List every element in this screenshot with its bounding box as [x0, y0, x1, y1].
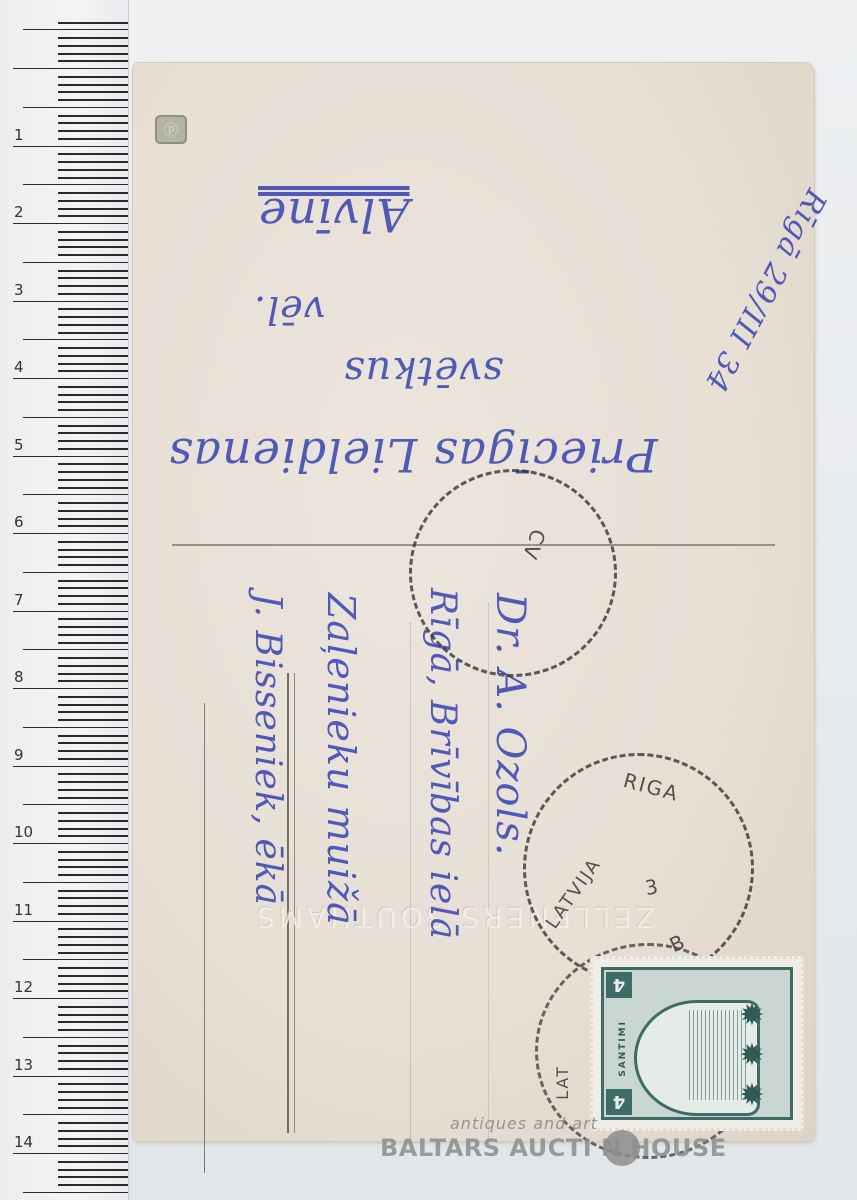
- ruler-tick: [23, 727, 128, 728]
- ruler-tick: [13, 688, 128, 689]
- ruler-label: 11: [14, 901, 33, 919]
- ruler-tick: [58, 1068, 128, 1070]
- ruler-tick: [58, 913, 128, 915]
- ruler-tick: [13, 68, 128, 69]
- ruler-tick: [58, 719, 128, 721]
- ruler-tick: [23, 572, 128, 573]
- ruler-tick: [58, 642, 128, 644]
- ruler-tick: [58, 479, 128, 481]
- ruler-tick: [13, 1153, 128, 1154]
- ruler-tick: [58, 161, 128, 163]
- ruler-tick: [13, 766, 128, 767]
- ruler-tick: [58, 657, 128, 659]
- ruler-tick: [58, 1161, 128, 1163]
- ruler-tick: [58, 1060, 128, 1062]
- ruler-tick: [58, 355, 128, 357]
- watermark-tagline: antiques and art: [450, 1114, 598, 1133]
- ruler-label: 4: [14, 358, 24, 376]
- ruler-tick: [58, 254, 128, 256]
- ruler-label: 3: [14, 281, 24, 299]
- stamp-value-top: 4: [606, 972, 632, 998]
- ruler-tick: [58, 789, 128, 791]
- ruler-tick: [58, 386, 128, 388]
- ruler-tick: [58, 525, 128, 527]
- ruler-tick: [58, 851, 128, 853]
- ruler-tick: [58, 634, 128, 636]
- ruler-tick: [58, 828, 128, 830]
- ruler-tick: [58, 99, 128, 101]
- ruler-tick: [23, 417, 128, 418]
- handwritten-signature: Alvīne: [258, 188, 409, 242]
- ruler-tick: [58, 874, 128, 876]
- ruler-tick: [58, 859, 128, 861]
- ruler-tick: [58, 394, 128, 396]
- ruler-tick: [23, 107, 128, 108]
- publisher-logo-icon: ⓟ: [155, 115, 187, 144]
- watermark-brand: BALTARS AUCTI N HOUSE: [380, 1134, 727, 1162]
- ruler-label: 10: [14, 823, 33, 841]
- ruler-tick: [58, 556, 128, 558]
- ruler-tick: [58, 401, 128, 403]
- ruler-label: 6: [14, 513, 24, 531]
- ruler-tick: [58, 192, 128, 194]
- ruler-tick: [23, 184, 128, 185]
- ruler-tick: [58, 138, 128, 140]
- ruler-tick: [58, 936, 128, 938]
- ruler-tick: [58, 812, 128, 814]
- ruler-label: 9: [14, 746, 24, 764]
- ruler-tick: [58, 711, 128, 713]
- ruler-tick: [58, 742, 128, 744]
- ruler-tick: [13, 146, 128, 147]
- ruler-tick: [58, 983, 128, 985]
- ruler-tick: [58, 270, 128, 272]
- ruler-tick: [23, 29, 128, 30]
- ruler-tick: [58, 45, 128, 47]
- ruler-tick: [58, 905, 128, 907]
- ruler-tick: [58, 363, 128, 365]
- ruler-tick: [58, 293, 128, 295]
- ruler-tick: [58, 122, 128, 124]
- ruler-tick: [23, 804, 128, 805]
- ruler-tick: [58, 518, 128, 520]
- address-guide-line: [204, 703, 205, 1173]
- ruler-tick: [58, 246, 128, 248]
- ruler-tick: [58, 177, 128, 179]
- ruler-tick: [58, 76, 128, 78]
- ruler-tick: [58, 1130, 128, 1132]
- ruler-tick: [58, 1052, 128, 1054]
- ruler-tick: [23, 882, 128, 883]
- ruler-tick: [58, 215, 128, 217]
- ruler-tick: [58, 587, 128, 589]
- handwritten-date: Rīgā 29/III 34: [697, 183, 833, 398]
- ruler-tick: [58, 277, 128, 279]
- ruler-tick: [58, 890, 128, 892]
- ruler-tick: [13, 921, 128, 922]
- ruler-tick: [58, 91, 128, 93]
- ruler-tick: [58, 502, 128, 504]
- handwritten-greeting-line: vēl.: [253, 288, 325, 332]
- ruler-label: 2: [14, 203, 24, 221]
- ruler-tick: [58, 967, 128, 969]
- measuring-ruler: 1234567891011121314: [0, 0, 129, 1200]
- ruler-tick: [58, 1045, 128, 1047]
- ruler-tick: [58, 564, 128, 566]
- ruler-tick: [58, 680, 128, 682]
- address-guide-line: [410, 623, 411, 1143]
- ruler-tick: [58, 463, 128, 465]
- ruler-label: 5: [14, 436, 24, 454]
- ruler-tick: [58, 897, 128, 899]
- ruler-tick: [58, 696, 128, 698]
- postmark-upper: [409, 469, 617, 677]
- ruler-tick: [13, 611, 128, 612]
- ruler-tick: [58, 471, 128, 473]
- ruler-tick: [58, 332, 128, 334]
- ruler-tick: [23, 649, 128, 650]
- ruler-tick: [58, 1145, 128, 1147]
- ruler-tick: [58, 130, 128, 132]
- ruler-tick: [58, 324, 128, 326]
- ruler-tick: [58, 169, 128, 171]
- ruler-tick: [58, 153, 128, 155]
- ruler-tick: [58, 944, 128, 946]
- ruler-tick: [58, 549, 128, 551]
- ruler-tick: [58, 1029, 128, 1031]
- ruler-tick: [58, 409, 128, 411]
- ruler-label: 12: [14, 978, 33, 996]
- handwritten-address-line: J. Bisseniek, ēkā: [247, 593, 288, 906]
- ruler-tick: [23, 262, 128, 263]
- ruler-tick: [58, 231, 128, 233]
- ruler-tick: [58, 773, 128, 775]
- ruler-tick: [58, 1176, 128, 1178]
- coin-logo-icon: [604, 1130, 640, 1166]
- ruler-tick: [13, 998, 128, 999]
- ruler-tick: [58, 975, 128, 977]
- ruler-tick: [58, 1184, 128, 1186]
- ruler-tick: [58, 60, 128, 62]
- ruler-tick: [58, 618, 128, 620]
- ruler-tick: [13, 1076, 128, 1077]
- ruler-tick: [58, 208, 128, 210]
- ruler-tick: [23, 1037, 128, 1038]
- ruler-tick: [58, 510, 128, 512]
- ruler-tick: [58, 866, 128, 868]
- ruler-tick: [58, 316, 128, 318]
- ruler-tick: [58, 541, 128, 543]
- ruler-tick: [58, 1169, 128, 1171]
- ruler-tick: [58, 308, 128, 310]
- postmark-lower-text: LAT: [553, 1065, 572, 1100]
- ruler-label: 8: [14, 668, 24, 686]
- ruler-tick: [13, 843, 128, 844]
- ruler-tick: [58, 239, 128, 241]
- stamp-value-bottom: 4: [606, 1089, 632, 1115]
- ruler-tick: [58, 1138, 128, 1140]
- postcard: ⓟ ZELLENERS SOUTHAMS Rīgā 29/III 34 Prie…: [133, 63, 814, 1141]
- ruler-tick: [58, 425, 128, 427]
- ruler-tick: [13, 456, 128, 457]
- ruler-tick: [58, 735, 128, 737]
- handwritten-greeting-line: svētkus: [343, 348, 503, 394]
- ruler-tick: [58, 595, 128, 597]
- handwritten-address-line: Zaļenieku muižā: [319, 593, 363, 926]
- ruler-tick: [58, 704, 128, 706]
- stars-icon: ✹✹✹: [732, 995, 772, 1115]
- ruler-tick: [58, 758, 128, 760]
- ruler-tick: [58, 928, 128, 930]
- ruler-tick: [58, 53, 128, 55]
- ruler-tick: [58, 1021, 128, 1023]
- ruler-tick: [58, 200, 128, 202]
- ruler-tick: [58, 797, 128, 799]
- stamp-currency: SANTIMI: [618, 1020, 628, 1077]
- ruler-tick: [23, 1114, 128, 1115]
- ruler-tick: [58, 820, 128, 822]
- ruler-label: 7: [14, 591, 24, 609]
- ruler-tick: [58, 750, 128, 752]
- ruler-tick: [58, 673, 128, 675]
- ruler-label: 1: [14, 126, 24, 144]
- stamp-frame: 4 4 SANTIMI ✹✹✹: [601, 967, 793, 1120]
- ruler-tick: [58, 440, 128, 442]
- ruler-tick: [58, 37, 128, 39]
- ruler-tick: [58, 22, 128, 24]
- ruler-tick: [58, 835, 128, 837]
- ruler-tick: [58, 1006, 128, 1008]
- ruler-tick: [23, 339, 128, 340]
- ruler-label: 13: [14, 1056, 33, 1074]
- ruler-tick: [13, 223, 128, 224]
- ruler-tick: [58, 84, 128, 86]
- ruler-tick: [58, 580, 128, 582]
- ruler-tick: [58, 1122, 128, 1124]
- ruler-tick: [58, 448, 128, 450]
- ruler-tick: [58, 1014, 128, 1016]
- ruler-tick: [23, 959, 128, 960]
- ruler-tick: [58, 487, 128, 489]
- postage-stamp: 4 4 SANTIMI ✹✹✹: [590, 956, 804, 1131]
- ruler-label: 14: [14, 1133, 33, 1151]
- ruler-tick: [58, 1107, 128, 1109]
- ruler-tick: [58, 665, 128, 667]
- ruler-tick: [58, 1091, 128, 1093]
- ruler-tick: [23, 494, 128, 495]
- ruler-tick: [13, 301, 128, 302]
- handwritten-greeting-line: Priecīgas Lieldienas: [168, 428, 658, 482]
- ruler-tick: [58, 952, 128, 954]
- ruler-tick: [58, 603, 128, 605]
- ruler-tick: [58, 347, 128, 349]
- ruler-tick: [58, 432, 128, 434]
- ruler-tick: [58, 1099, 128, 1101]
- ruler-tick: [58, 781, 128, 783]
- ruler-tick: [58, 1083, 128, 1085]
- ruler-tick: [58, 990, 128, 992]
- ruler-tick: [13, 533, 128, 534]
- ruler-tick: [13, 378, 128, 379]
- ruler-tick: [58, 626, 128, 628]
- ruler-tick: [58, 285, 128, 287]
- ruler-tick: [58, 370, 128, 372]
- ruler-tick: [23, 1192, 128, 1193]
- ruler-tick: [58, 115, 128, 117]
